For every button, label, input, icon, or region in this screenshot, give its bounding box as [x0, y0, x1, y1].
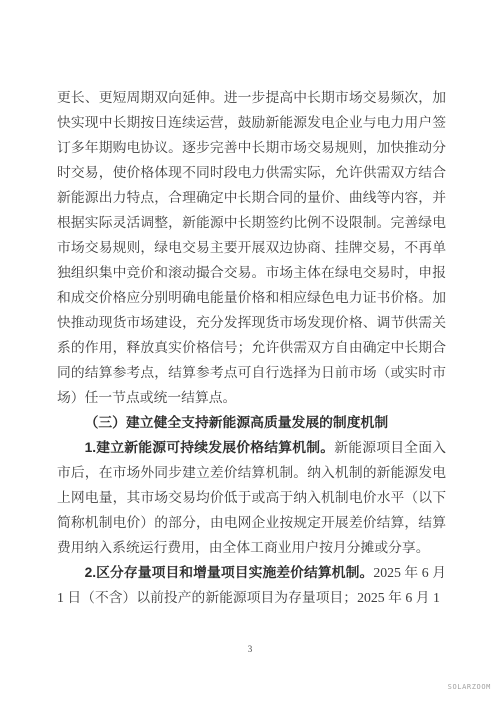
paragraph-lead: 2.区分存量项目和增量项目实施差价结算机制。	[85, 565, 374, 580]
watermark: SOLARZOOM	[448, 683, 491, 691]
paragraph-text: 新能源项目全面入市后，在市场外同步建立差价结算机制。纳入机制的新能源发电上网电量…	[57, 440, 446, 555]
paragraph-1: 更长、更短周期双向延伸。进一步提高中长期市场交易频次，加快实现中长期按日连续运营…	[57, 85, 446, 410]
paragraph-lead: 1.建立新能源可持续发展价格结算机制。	[85, 440, 335, 455]
paragraph-4: 2.区分存量项目和增量项目实施差价结算机制。2025 年 6 月 1 日（不含）…	[57, 560, 446, 610]
section-heading: （三）建立健全支持新能源高质量发展的制度机制	[57, 410, 446, 435]
document-page: 更长、更短周期双向延伸。进一步提高中长期市场交易频次，加快实现中长期按日连续运营…	[0, 0, 500, 706]
paragraph-3: 1.建立新能源可持续发展价格结算机制。新能源项目全面入市后，在市场外同步建立差价…	[57, 435, 446, 560]
page-number: 3	[0, 644, 500, 654]
document-body: 更长、更短周期双向延伸。进一步提高中长期市场交易频次，加快实现中长期按日连续运营…	[57, 85, 446, 610]
